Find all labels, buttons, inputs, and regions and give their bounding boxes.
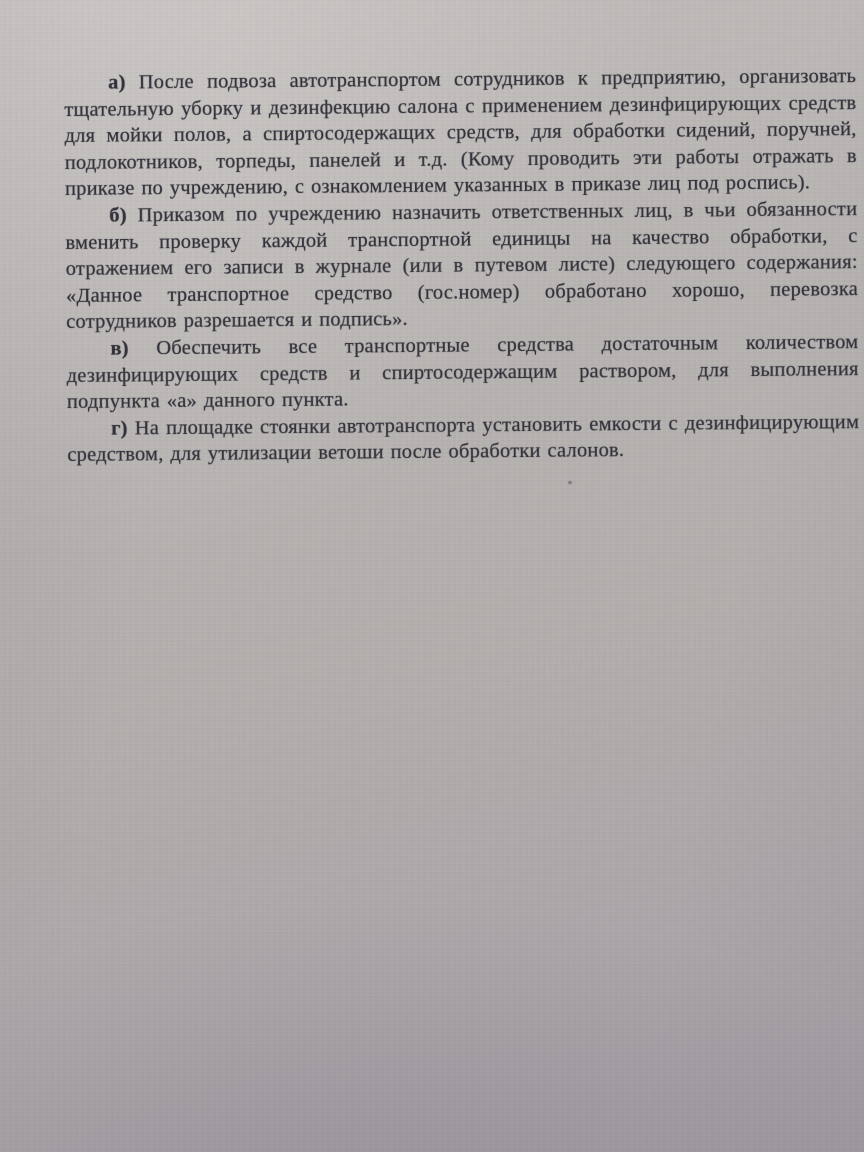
paragraph-b-text: Приказом по учреждению назначить ответст… [65, 198, 858, 333]
paragraph-a-label: а) [108, 71, 126, 93]
paragraph-v-text: Обеспечить все транспортные средства дос… [67, 331, 859, 413]
paper-background: а) После подвоза автотранспортом сотрудн… [0, 0, 864, 1152]
paragraph-a: а) После подвоза автотранспортом сотрудн… [64, 63, 857, 203]
paragraph-b: б) Приказом по учреждению назначить отве… [65, 196, 858, 336]
document-text-block: а) После подвоза автотранспортом сотрудн… [64, 63, 859, 469]
document-photo-page: { "document": { "kind": "photographed pr… [0, 0, 864, 1152]
paragraph-g-text: На площадке стоянки автотранспорта устан… [67, 411, 859, 467]
paragraph-a-text: После подвоза автотранспортом сотруднико… [64, 65, 857, 200]
paragraph-v: в) Обеспечить все транспортные средства … [66, 329, 859, 416]
paragraph-v-label: в) [110, 337, 129, 359]
dust-speck [568, 481, 572, 484]
paragraph-b-label: б) [109, 204, 127, 226]
paragraph-g-label: г) [111, 417, 128, 439]
paragraph-g: г) На площадке стоянки автотранспорта ус… [67, 409, 859, 469]
